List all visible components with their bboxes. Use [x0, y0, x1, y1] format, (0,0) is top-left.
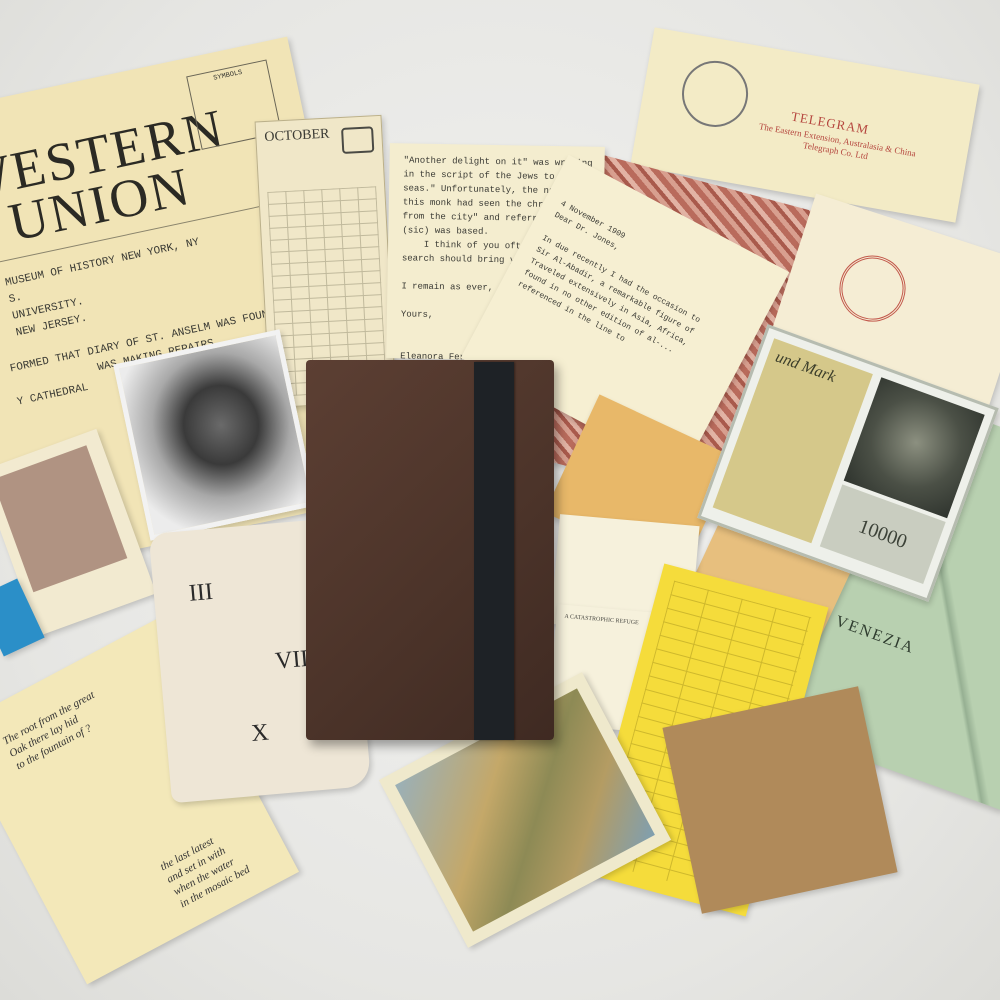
postmark-icon: [677, 56, 753, 132]
vintage-photograph: [113, 329, 317, 540]
numeral-10: X: [250, 720, 270, 748]
red-seal-icon: [831, 247, 914, 330]
leather-notebook: [306, 360, 554, 740]
sketch-note-bottom: the last latest and set in with when the…: [158, 826, 253, 912]
calendar-logo-icon: [341, 126, 374, 154]
kraft-envelope: [662, 686, 897, 913]
bond-engraving: [0, 445, 127, 592]
numeral-3: III: [188, 579, 214, 608]
elastic-strap: [474, 362, 514, 740]
sketch-note-top: The root from the great Oak there lay hi…: [0, 688, 110, 773]
numeral-7: VII: [274, 646, 310, 676]
